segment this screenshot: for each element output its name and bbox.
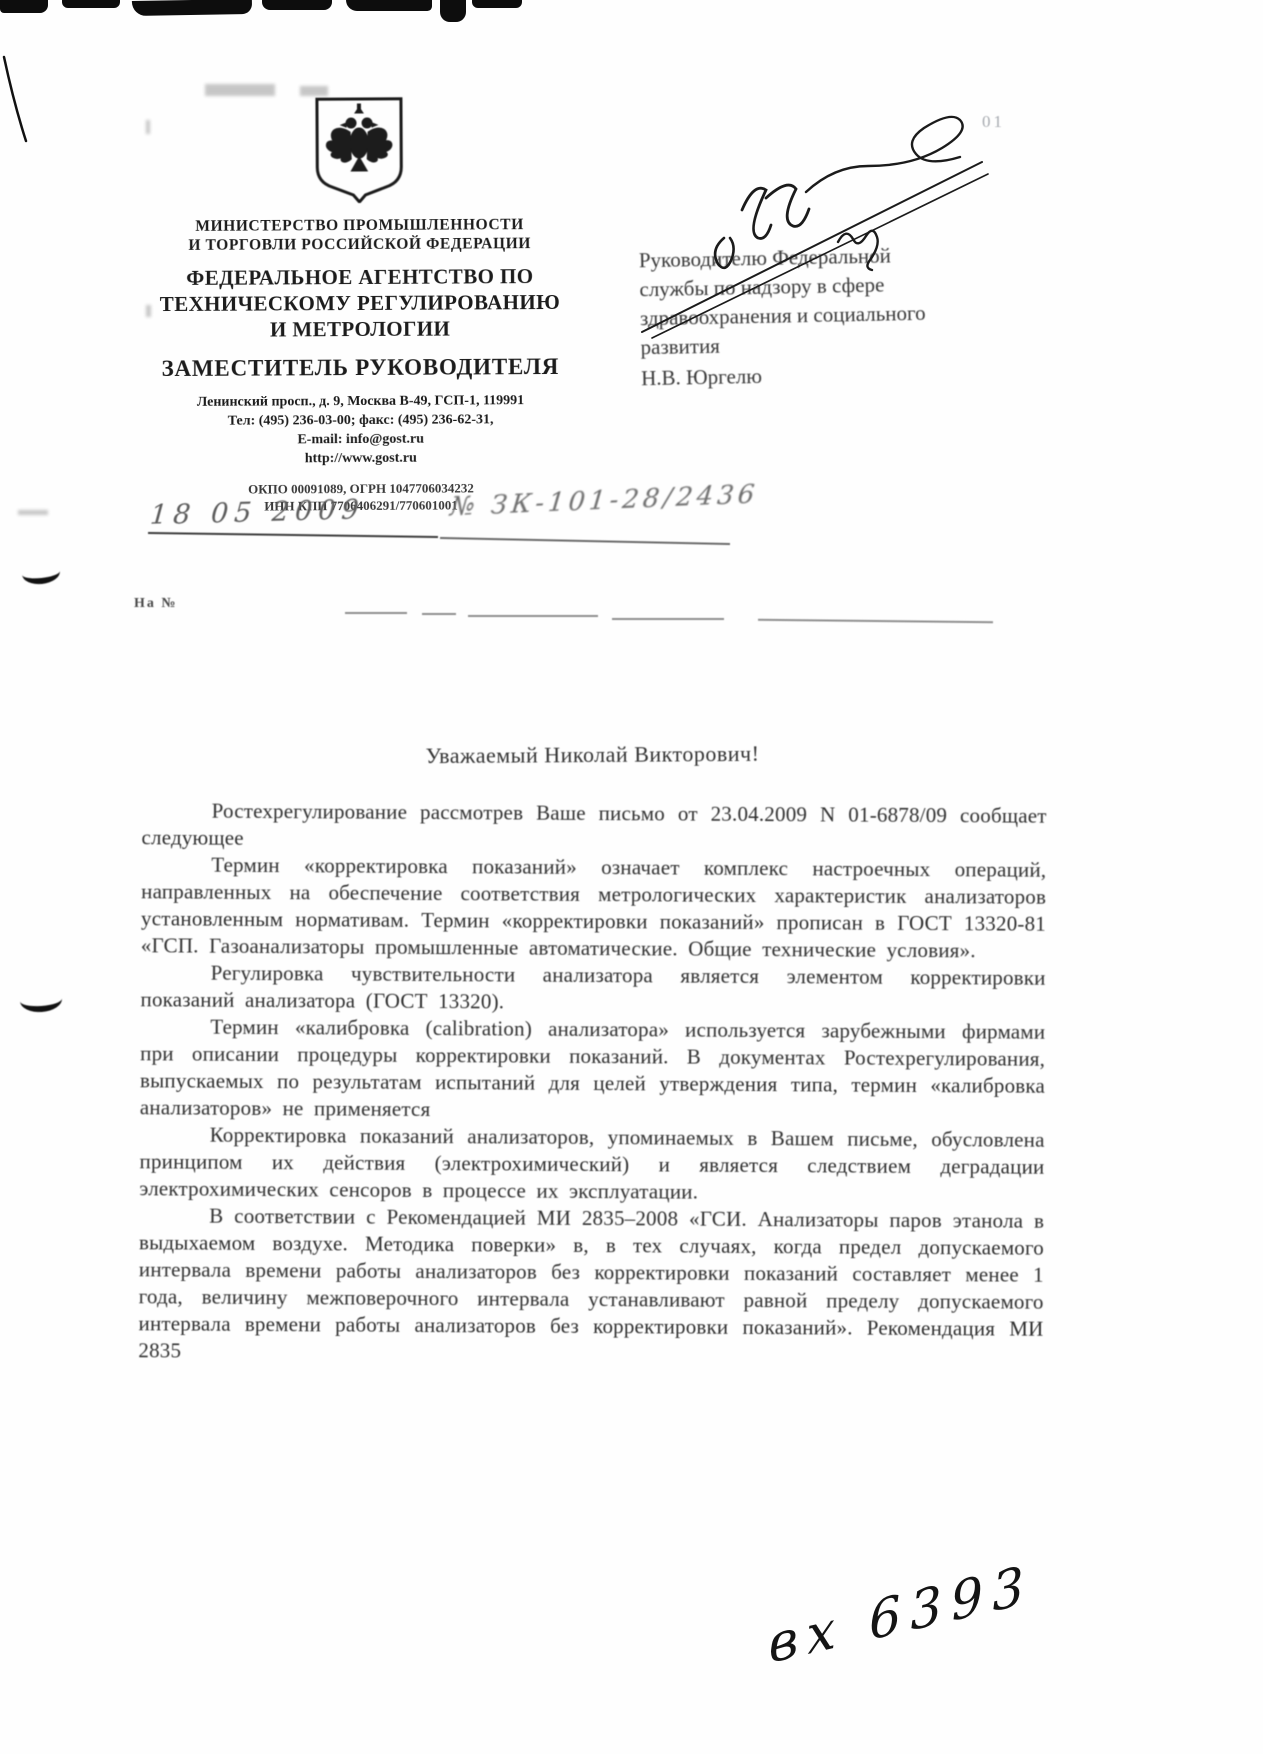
paragraph: Термин «калибровка (calibration) анализа… bbox=[140, 1013, 1046, 1127]
addressee-name: Н.В. Юргелю bbox=[641, 358, 981, 394]
official-title: ЗАМЕСТИТЕЛЬ РУКОВОДИТЕЛЯ bbox=[105, 353, 615, 384]
blank-line-dash bbox=[468, 615, 598, 617]
ministry-name: МИНИСТЕРСТВО ПРОМЫШЛЕННОСТИ И ТОРГОВЛИ Р… bbox=[105, 215, 615, 256]
scan-edge-artifact bbox=[472, 0, 522, 8]
blank-line-dash bbox=[422, 613, 456, 615]
faint-corner-mark: 01 bbox=[982, 112, 1005, 132]
scanned-letter-page: МИНИСТЕРСТВО ПРОМЫШЛЕННОСТИ И ТОРГОВЛИ Р… bbox=[0, 0, 1263, 1754]
scan-edge-artifact bbox=[262, 0, 332, 10]
paragraph: В соответствии с Рекомендацией МИ 2835–2… bbox=[138, 1202, 1044, 1370]
blank-line-dash bbox=[345, 612, 407, 614]
salutation: Уважаемый Николай Викторович! bbox=[140, 739, 1045, 771]
paragraph: Регулировка чувствительности анализатора… bbox=[140, 959, 1045, 1019]
scan-edge-artifact bbox=[346, 0, 432, 11]
signature-scribble-icon bbox=[590, 70, 1020, 360]
date-underline bbox=[148, 532, 438, 538]
scan-mark-crescent bbox=[19, 987, 63, 1014]
scan-edge-artifact bbox=[62, 0, 120, 8]
paragraph: Термин «корректировка показаний» означае… bbox=[141, 851, 1047, 965]
scan-smudge bbox=[205, 84, 275, 96]
scan-edge-artifact bbox=[0, 0, 48, 13]
blank-line-dash bbox=[758, 619, 993, 623]
agency-line: ТЕХНИЧЕСКОМУ РЕГУЛИРОВАНИЮ bbox=[105, 289, 615, 318]
coat-of-arms-icon bbox=[309, 95, 410, 204]
agency-name: ФЕДЕРАЛЬНОЕ АГЕНТСТВО ПО ТЕХНИЧЕСКОМУ РЕ… bbox=[105, 263, 615, 344]
scan-smudge bbox=[18, 510, 48, 515]
paragraph: Корректировка показаний анализаторов, уп… bbox=[139, 1121, 1044, 1208]
scan-mark-crescent bbox=[21, 560, 61, 586]
corner-stroke bbox=[0, 55, 40, 145]
handwritten-incoming-number: вх 6393 bbox=[767, 1554, 1035, 1676]
ministry-line: И ТОРГОВЛИ РОССИЙСКОЙ ФЕДЕРАЦИИ bbox=[105, 234, 615, 256]
contact-block: Ленинский просп., д. 9, Москва В-49, ГСП… bbox=[105, 391, 615, 470]
letter-body: Ростехрегулирование рассмотрев Ваше пись… bbox=[138, 797, 1046, 1370]
reply-to-label: На № bbox=[134, 596, 177, 612]
scan-edge-artifact bbox=[132, 0, 252, 16]
letterhead: МИНИСТЕРСТВО ПРОМЫШЛЕННОСТИ И ТОРГОВЛИ Р… bbox=[104, 94, 616, 516]
agency-line: ФЕДЕРАЛЬНОЕ АГЕНТСТВО ПО bbox=[105, 263, 615, 292]
blank-line-dash bbox=[612, 618, 724, 620]
website: http://www.gost.ru bbox=[106, 448, 616, 470]
paragraph: Ростехрегулирование рассмотрев Ваше пись… bbox=[141, 797, 1046, 857]
agency-line: И МЕТРОЛОГИИ bbox=[105, 315, 615, 344]
number-underline bbox=[440, 537, 730, 545]
scan-edge-artifact bbox=[440, 0, 466, 22]
